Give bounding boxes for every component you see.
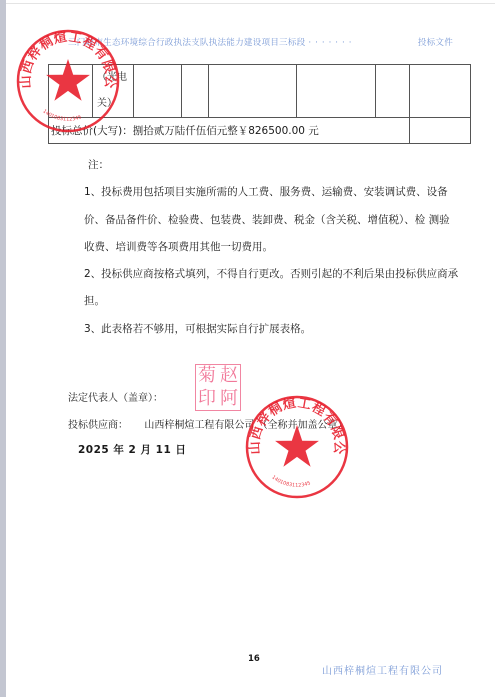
- table-cell-item-name: （光电 关）: [93, 65, 134, 118]
- table-row-total: 投标总价(大写)：捌拾贰万陆仟伍佰元整￥826500.00 元: [49, 118, 471, 144]
- seal-char: 阿: [218, 388, 240, 411]
- table-cell: [182, 65, 209, 118]
- total-value-cell: [410, 118, 471, 144]
- seal-char: 菊: [196, 365, 218, 388]
- table-cell: [376, 65, 410, 118]
- legal-rep-seal: 菊 赵 印 阿: [195, 364, 241, 411]
- seal-char: 赵: [218, 365, 240, 388]
- supplier-row-content: 投标供应商： 山西梓桐煊工程有限公司 （全称并加盖公章）: [68, 416, 348, 431]
- table-row: （光电 关）: [49, 65, 471, 118]
- table-cell: [49, 65, 93, 118]
- footer-company: 山西梓桐煊工程有限公司: [322, 662, 443, 677]
- page-number: 16: [248, 654, 260, 664]
- note-item-2: 2、投标供应商按格式填列，不得自行更改。否则引起的不利后果由投标供应商承担。: [60, 261, 460, 316]
- table-cell: [410, 65, 471, 118]
- company-seal-icon: 山西梓桐煊工程有限公司 1401083112345: [244, 394, 350, 500]
- page-header: 三门峡市生态环境综合行政执法支队执法能力建设项目三标段 ······· 投标文件: [68, 36, 463, 48]
- header-doc-type: 投标文件: [418, 36, 453, 48]
- supplier-name: 山西梓桐煊工程有限公司: [144, 420, 254, 431]
- table-cell: [134, 65, 182, 118]
- total-price-cell: 投标总价(大写)：捌拾贰万陆仟伍佰元整￥826500.00 元: [49, 118, 410, 144]
- table-cell: [297, 65, 376, 118]
- note-item-1: 1、投标费用包括项目实施所需的人工费、服务费、运输费、安装调试费、设备价、备品备…: [60, 179, 460, 261]
- sign-date: 2025 年 2 月 11 日: [78, 442, 186, 457]
- header-dots: ·······: [308, 38, 355, 48]
- page-top-edge: [6, 3, 495, 4]
- notes-heading: 注：: [60, 152, 460, 179]
- svg-text:1401083112345: 1401083112345: [270, 474, 311, 488]
- notes-section: 注： 1、投标费用包括项目实施所需的人工费、服务费、运输费、安装调试费、设备价、…: [60, 152, 460, 343]
- supplier-label: 投标供应商：: [68, 420, 128, 431]
- total-price-text: 投标总价(大写)：捌拾贰万陆仟伍佰元整￥826500.00 元: [49, 123, 409, 138]
- viewer-left-gutter: [0, 0, 6, 697]
- price-table: （光电 关） 投标总价(大写)：捌拾贰万陆仟伍佰元整￥826500.00 元: [48, 64, 471, 144]
- seal-char: 印: [196, 388, 218, 411]
- legal-rep-line: 法定代表人（盖章）：: [68, 389, 163, 404]
- supplier-note: （全称并加盖公章）: [258, 420, 348, 431]
- note-item-3: 3、此表格若不够用，可根据实际自行扩展表格。: [60, 316, 460, 343]
- table-cell: [209, 65, 297, 118]
- header-title: 三门峡市生态环境综合行政执法支队执法能力建设项目三标段: [68, 38, 305, 48]
- legal-rep-label: 法定代表人（盖章）：: [68, 393, 163, 404]
